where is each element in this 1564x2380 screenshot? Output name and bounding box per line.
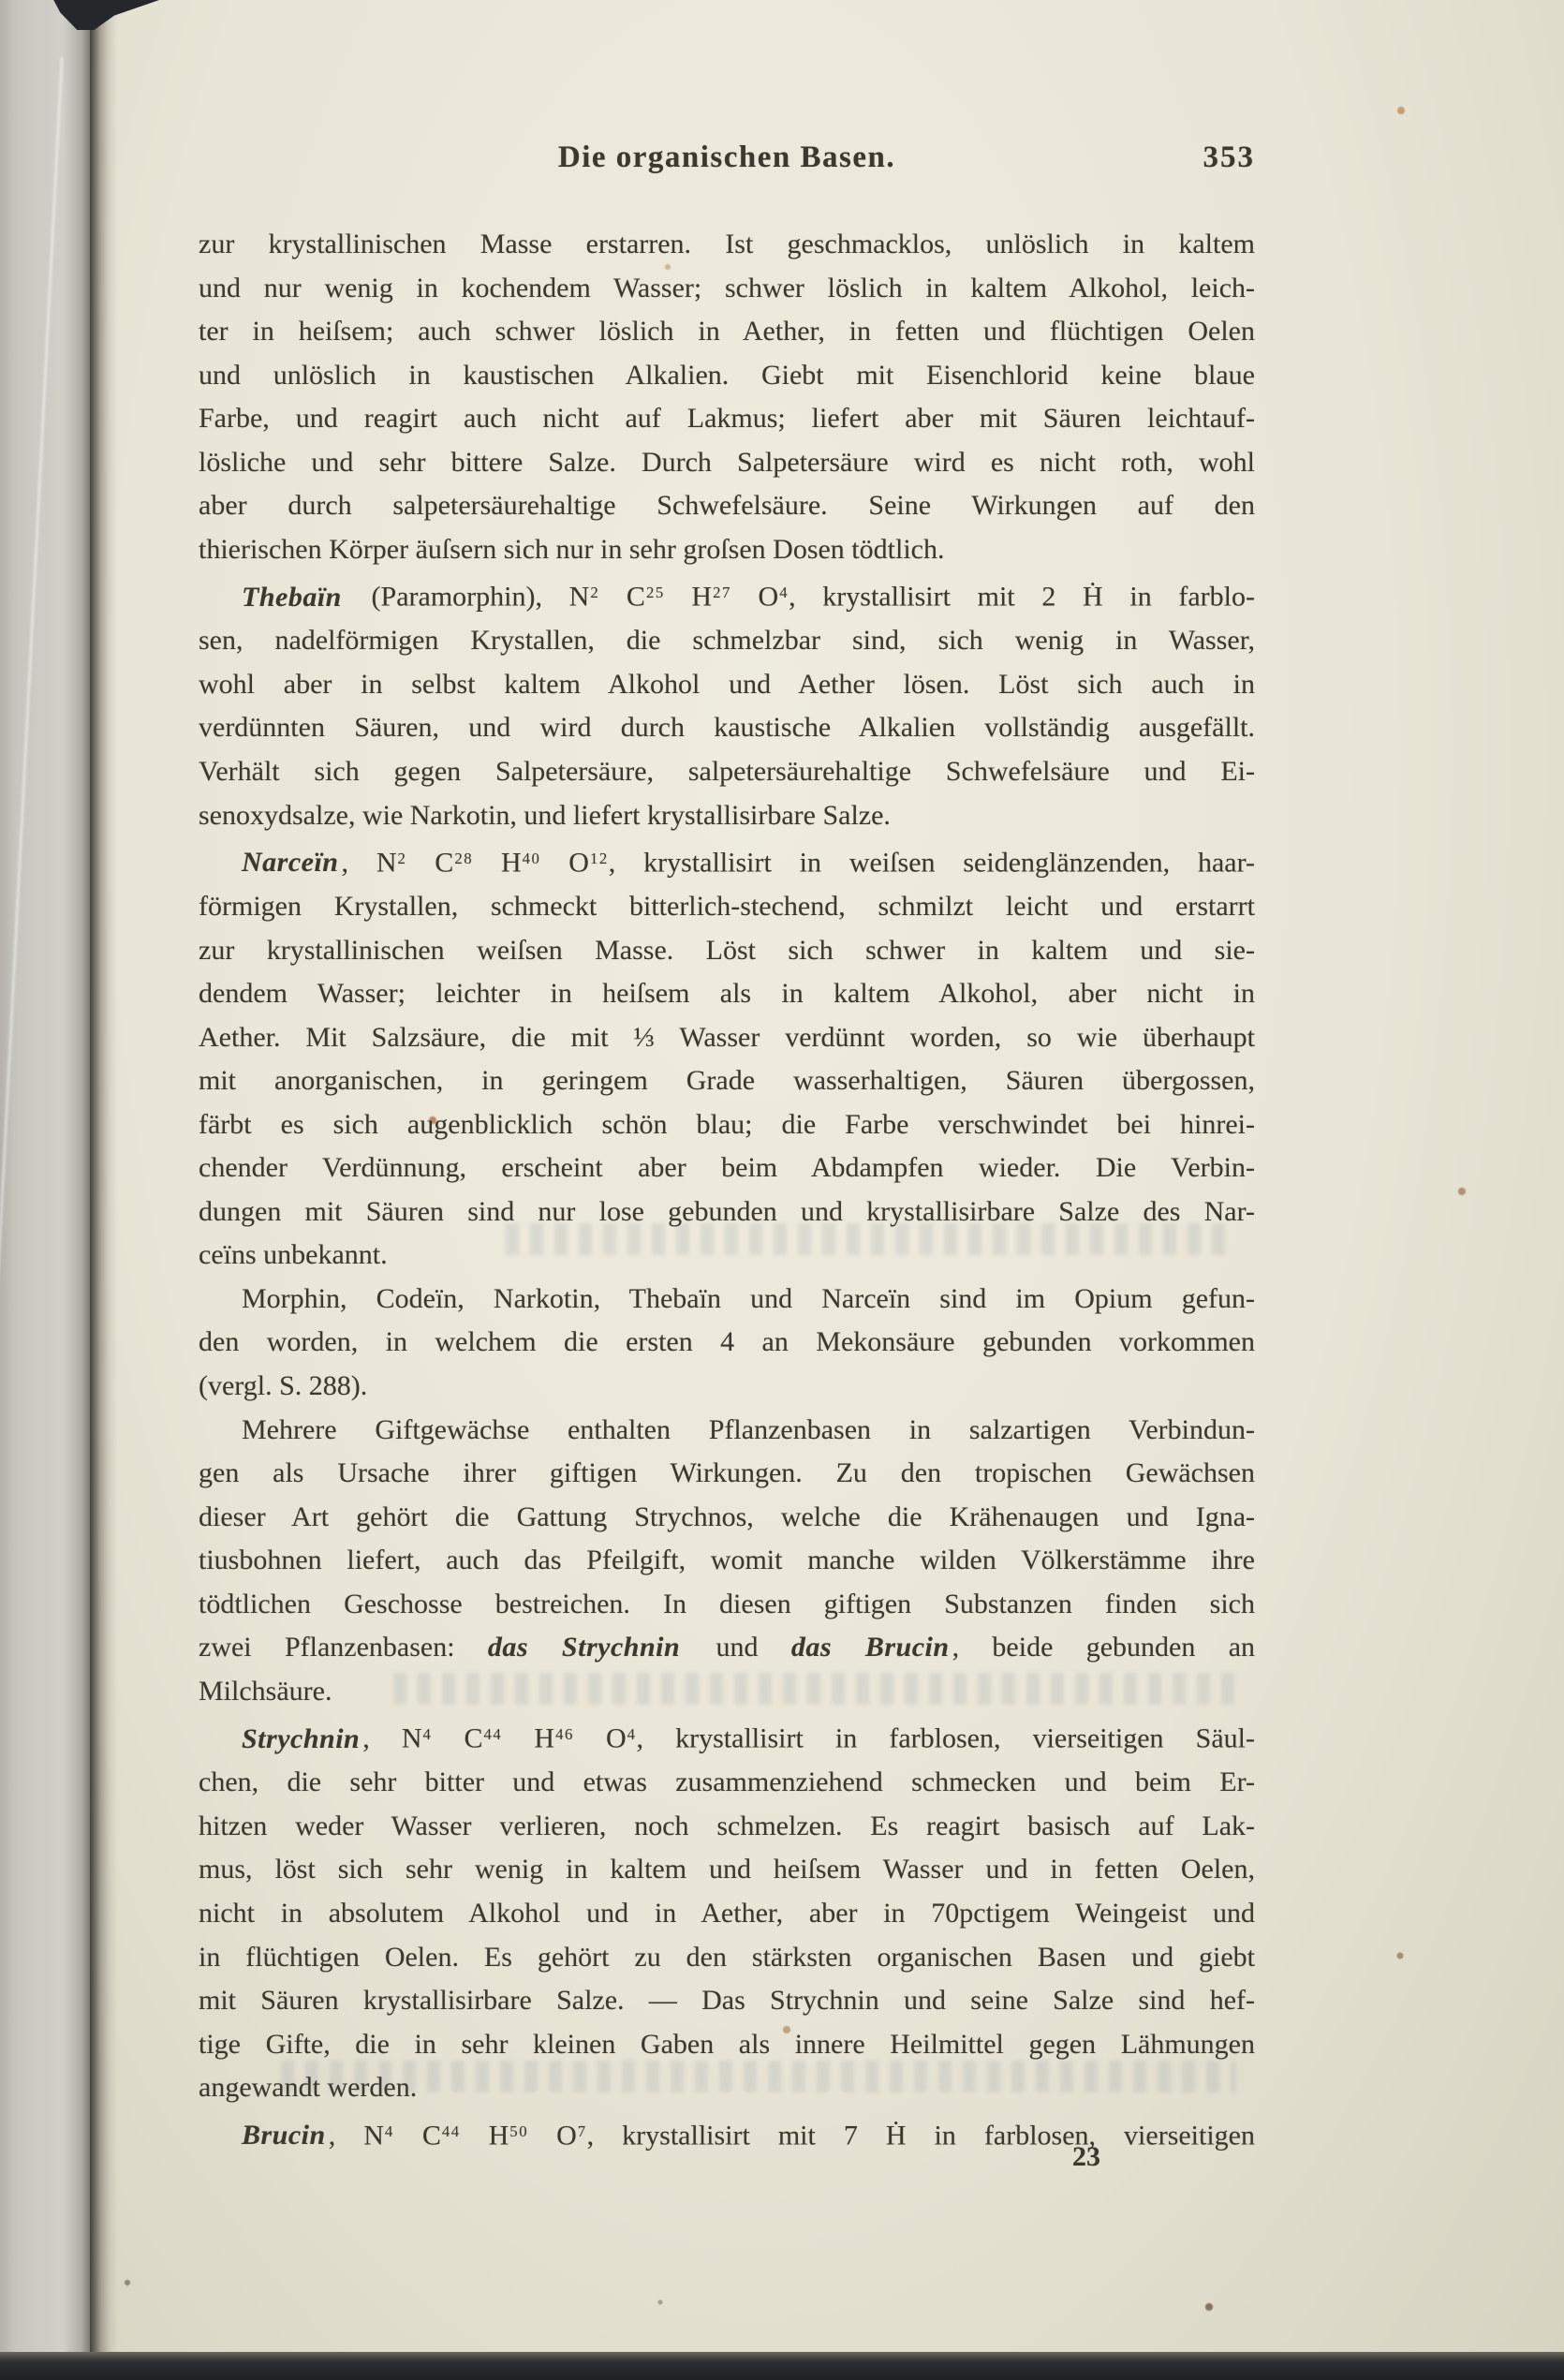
body-line: tige Gifte, die in sehr kleinen Gaben al… — [199, 2023, 1255, 2067]
body-line: Mehrere Giftgewächse enthalten Pflanzenb… — [199, 1409, 1255, 1453]
body-line: ceïns unbekannt. — [199, 1234, 1255, 1278]
facing-page-edge — [0, 0, 90, 2354]
body-line: thierischen Körper äuſsern sich nur in s… — [199, 528, 1255, 572]
body-line: nicht in absolutem Alkohol und in Aether… — [199, 1892, 1255, 1936]
body-line: Verhält sich gegen Salpetersäure, salpet… — [199, 750, 1255, 794]
body-line: in flüchtigen Oelen. Es gehört zu den st… — [199, 1936, 1255, 1980]
book-scan: Die organischen Basen. 353 zur krystalli… — [0, 0, 1564, 2380]
page-body: zur krystallinischen Masse erstarren. Is… — [199, 223, 1255, 2158]
signature-mark: 23 — [1056, 2141, 1116, 2173]
body-line: tödtlichen Geschosse bestreichen. In die… — [199, 1583, 1255, 1627]
body-line: angewandt werden. — [199, 2066, 1255, 2110]
body-line: hitzen weder Wasser verlieren, noch schm… — [199, 1805, 1255, 1849]
body-line: tiusbohnen liefert, auch das Pfeilgift, … — [199, 1539, 1255, 1583]
body-line: und unlöslich in kaustischen Alkalien. G… — [199, 354, 1255, 398]
body-line: färbt es sich augenblicklich schön blau;… — [199, 1103, 1255, 1147]
body-line: aber durch salpetersäurehaltige Schwefel… — [199, 484, 1255, 528]
body-line: (vergl. S. 288). — [199, 1365, 1255, 1409]
body-line: chender Verdünnung, erscheint aber beim … — [199, 1146, 1255, 1190]
body-line: ter in heiſsem; auch schwer löslich in A… — [199, 310, 1255, 354]
body-line: zur krystallinischen weiſsen Masse. Löst… — [199, 929, 1255, 973]
page-title: Die organischen Basen. — [199, 140, 1255, 175]
running-header: Die organischen Basen. 353 — [199, 140, 1255, 184]
body-line: Morphin, Codeïn, Narkotin, Thebaïn und N… — [199, 1278, 1255, 1322]
gutter-shadow — [90, 0, 118, 2354]
body-line: verdünnten Säuren, und wird durch kausti… — [199, 706, 1255, 750]
body-line: Aether. Mit Salzsäure, die mit ⅓ Wasser … — [199, 1016, 1255, 1060]
body-line: chen, die sehr bitter und etwas zusammen… — [199, 1761, 1255, 1805]
body-line: förmigen Krystallen, schmeckt bitterlich… — [199, 885, 1255, 929]
page-number: 353 — [1203, 140, 1256, 175]
book-bottom-edge — [0, 2352, 1564, 2380]
body-line: Narceïn, N2 C28 H40 O12, krystallisirt i… — [199, 837, 1255, 885]
body-line: mit anorganischen, in geringem Grade was… — [199, 1059, 1255, 1103]
body-line: dungen mit Säuren sind nur lose gebunden… — [199, 1190, 1255, 1234]
body-line: lösliche und sehr bittere Salze. Durch S… — [199, 441, 1255, 485]
body-line: Milchsäure. — [199, 1670, 1255, 1714]
body-line: Strychnin, N4 C44 H46 O4, krystallisirt … — [199, 1713, 1255, 1761]
body-line: sen, nadelförmigen Krystallen, die schme… — [199, 619, 1255, 663]
body-line: dieser Art gehört die Gattung Strychnos,… — [199, 1496, 1255, 1540]
body-line: mus, löst sich sehr wenig in kaltem und … — [199, 1848, 1255, 1892]
body-line: den worden, in welchem die ersten 4 an M… — [199, 1321, 1255, 1365]
body-line: dendem Wasser; leichter in heiſsem als i… — [199, 972, 1255, 1016]
body-line: wohl aber in selbst kaltem Alkohol und A… — [199, 663, 1255, 707]
body-line: Thebaïn (Paramorphin), N2 C25 H27 O4, kr… — [199, 571, 1255, 619]
body-line: mit Säuren krystallisirbare Salze. — Das… — [199, 1979, 1255, 2023]
body-line: gen als Ursache ihrer giftigen Wirkungen… — [199, 1452, 1255, 1496]
body-line: zur krystallinischen Masse erstarren. Is… — [199, 223, 1255, 267]
body-line: Farbe, und reagirt auch nicht auf Lakmus… — [199, 397, 1255, 441]
body-line: zwei Pflanzenbasen: das Strychnin und da… — [199, 1626, 1255, 1670]
body-line: senoxydsalze, wie Narkotin, und liefert … — [199, 794, 1255, 838]
body-line: und nur wenig in kochendem Wasser; schwe… — [199, 267, 1255, 311]
